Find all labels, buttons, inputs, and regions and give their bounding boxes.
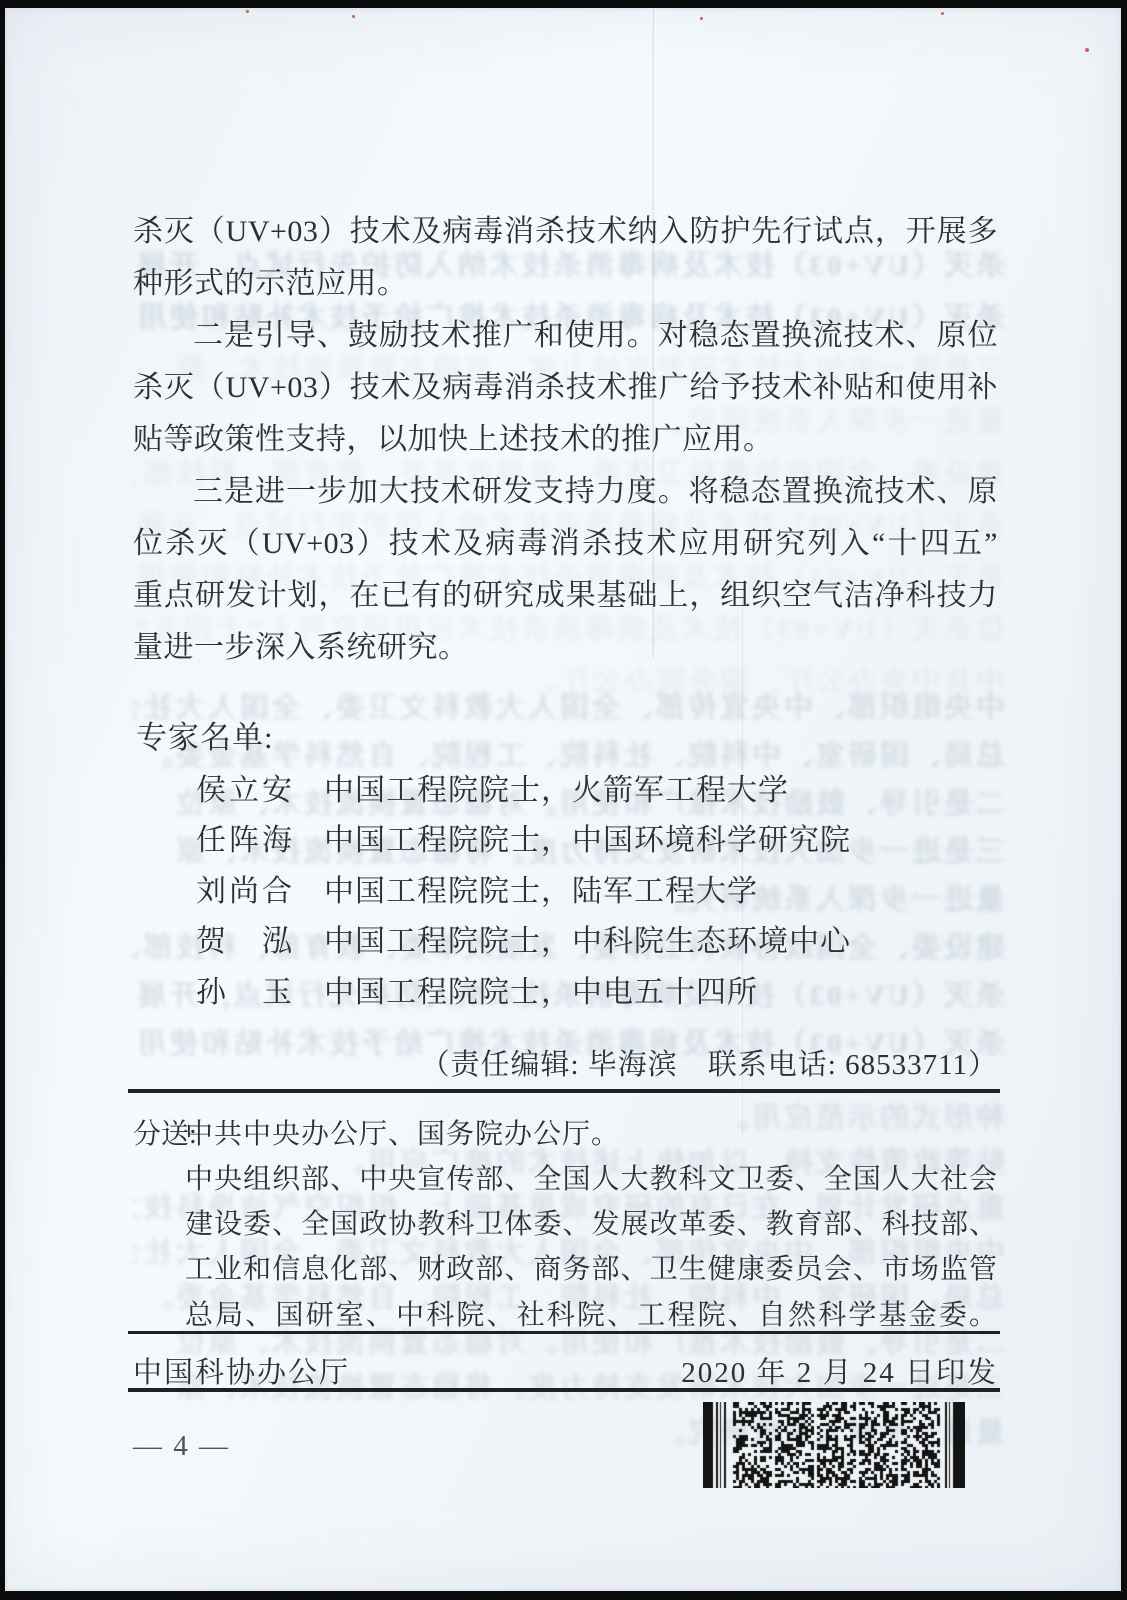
expert-row: 贺 泓中国工程院院士，中科院生态环境中心 bbox=[196, 916, 851, 956]
red-speck bbox=[1085, 48, 1089, 52]
editor-note: （责任编辑: 毕海滨 联系电话: 68533711） bbox=[133, 1042, 998, 1083]
body-line: 位杀灭（UV+03）技术及病毒消杀技术应用研究列入“十四五” bbox=[133, 518, 998, 570]
expert-row: 侯立安中国工程院院士，火箭军工程大学 bbox=[196, 765, 789, 805]
red-speck bbox=[246, 10, 249, 13]
expert-affiliation: 中国工程院院士，中电五十四所 bbox=[324, 967, 758, 1011]
distribution-line: 中共中央办公厅、国务院办公厅。 bbox=[185, 1112, 998, 1152]
body-line: 贴等政策性支持，以加快上述技术的推广应用。 bbox=[133, 414, 998, 466]
distribution-line: 总局、国研室、中科院、社科院、工程院、自然科学基金委。 bbox=[185, 1293, 998, 1333]
page-number: — 4 — bbox=[133, 1430, 230, 1463]
expert-row: 孙 玉中国工程院院士，中电五十四所 bbox=[196, 967, 758, 1007]
distribution-line: 建设委、全国政协教科卫体委、发展改革委、教育部、科技部、 bbox=[185, 1202, 998, 1242]
body-text: 杀灭（UV+03）技术及病毒消杀技术纳入防护先行试点，开展多 种形式的示范应用。… bbox=[133, 206, 998, 674]
body-line: 二是引导、鼓励技术推广和使用。对稳态置换流技术、原位 bbox=[133, 310, 998, 362]
horizontal-rule bbox=[128, 1089, 1000, 1093]
body-line: 杀灭（UV+03）技术及病毒消杀技术纳入防护先行试点，开展多 bbox=[133, 206, 998, 258]
barcode-2d bbox=[703, 1402, 965, 1488]
body-line: 种形式的示范应用。 bbox=[133, 258, 998, 310]
expert-list-heading: 专家名单: bbox=[136, 712, 274, 757]
expert-affiliation: 中国工程院院士，陆军工程大学 bbox=[324, 866, 758, 910]
distribution-line: 中央组织部、中央宣传部、全国人大教科文卫委、全国人大社会 bbox=[185, 1157, 998, 1197]
scanned-document-page: 杀灭（UV+03）技术及病毒消杀技术纳入防护先行试点，开展多杀灭（UV+03）技… bbox=[0, 0, 1127, 1600]
red-speck bbox=[941, 12, 944, 15]
footer-issuer: 中国科协办公厅 bbox=[133, 1350, 350, 1391]
red-speck bbox=[700, 17, 703, 20]
red-speck bbox=[352, 15, 355, 18]
body-line: 量进一步深入系统研究。 bbox=[133, 622, 998, 674]
distribution-line: 工业和信息化部、财政部、商务部、卫生健康委员会、市场监管 bbox=[185, 1247, 998, 1287]
expert-affiliation: 中国工程院院士，中科院生态环境中心 bbox=[324, 916, 851, 960]
body-line: 杀灭（UV+03）技术及病毒消杀技术推广给予技术补贴和使用补 bbox=[133, 362, 998, 414]
expert-name: 任阵海 bbox=[196, 815, 292, 859]
expert-affiliation: 中国工程院院士，火箭军工程大学 bbox=[324, 765, 789, 809]
expert-name: 贺 泓 bbox=[196, 916, 292, 960]
expert-row: 任阵海中国工程院院士，中国环境科学研究院 bbox=[196, 815, 851, 855]
expert-name: 侯立安 bbox=[196, 765, 292, 809]
expert-name: 刘尚合 bbox=[196, 866, 292, 910]
expert-name: 孙 玉 bbox=[196, 967, 292, 1011]
body-line: 三是进一步加大技术研发支持力度。将稳态置换流技术、原 bbox=[133, 466, 998, 518]
expert-row: 刘尚合中国工程院院士，陆军工程大学 bbox=[196, 866, 758, 906]
print-date: 2020 年 2 月 24 日印发 bbox=[681, 1350, 998, 1391]
body-line: 重点研发计划，在已有的研究成果基础上，组织空气洁净科技力 bbox=[133, 570, 998, 622]
expert-affiliation: 中国工程院院士，中国环境科学研究院 bbox=[324, 815, 851, 859]
